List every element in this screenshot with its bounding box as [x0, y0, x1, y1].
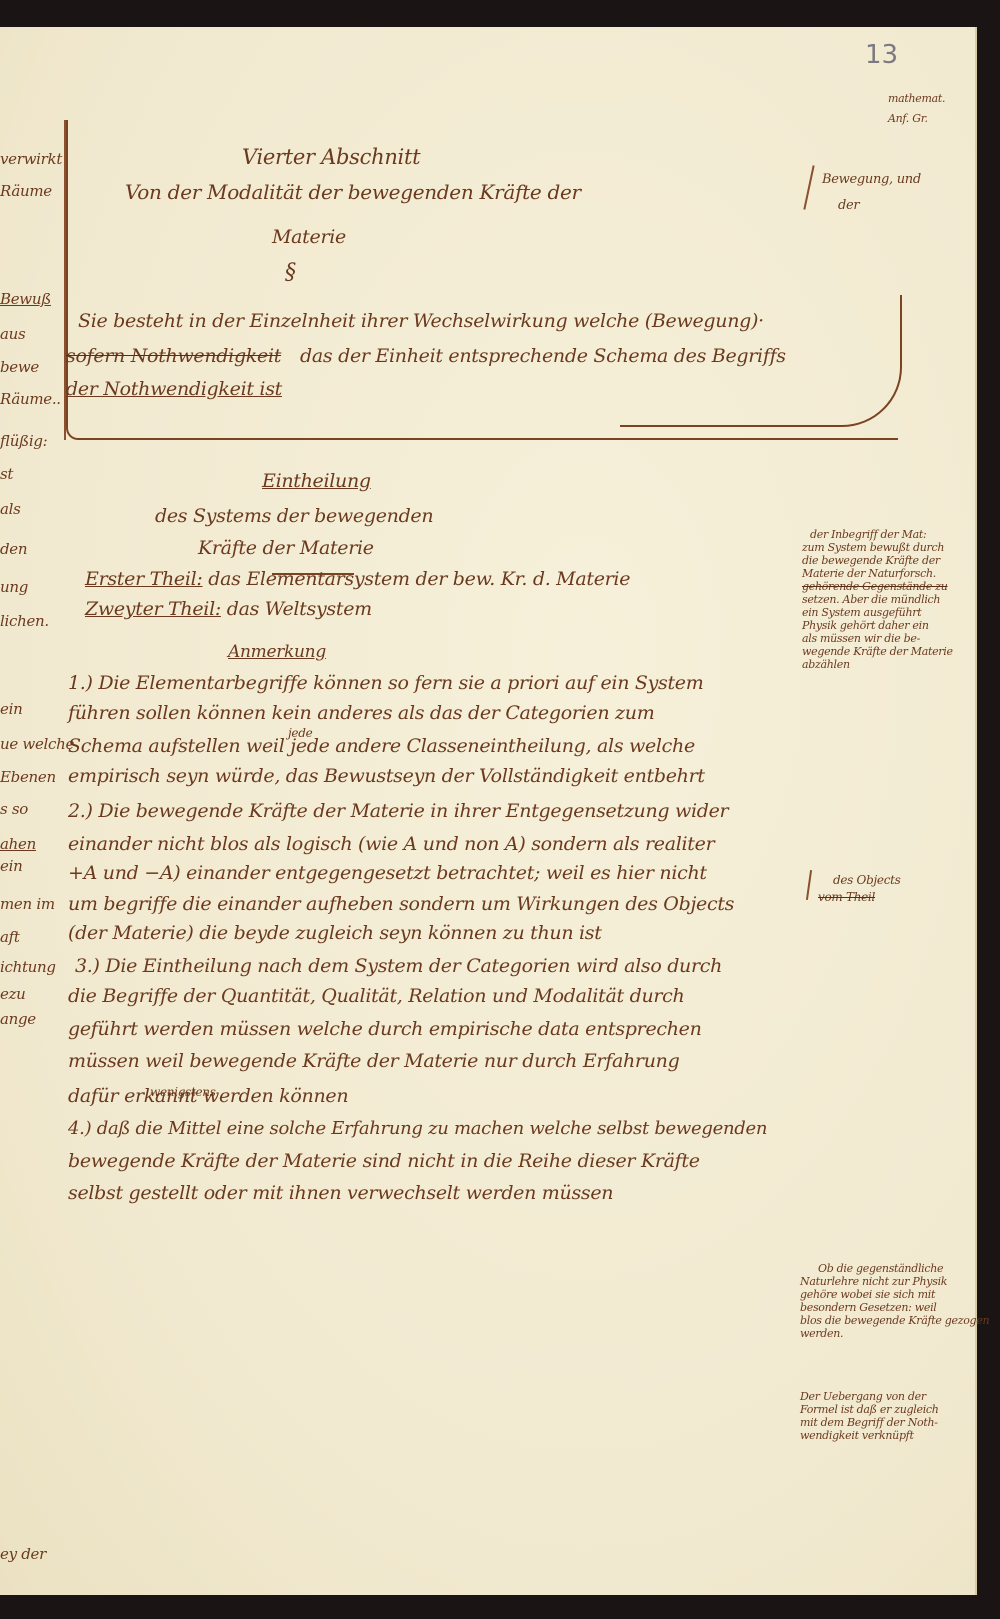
margin-note: Bewegung, und [822, 172, 921, 187]
remark-line: um begriffe die einander aufheben sonder… [68, 893, 734, 915]
left-margin-fragment: den [0, 540, 27, 558]
left-margin-fragment: ichtung [0, 958, 56, 976]
section-subtitle-end: Materie [272, 226, 346, 248]
margin-note-line: die bewegende Kräfte der [802, 554, 970, 567]
boxed-text-line: der Nothwendigkeit ist [66, 378, 282, 400]
left-margin-fragment: Räume.. [0, 390, 61, 408]
margin-note-line: gehörende Gegenstände zu [802, 580, 970, 593]
left-margin-fragment: aft [0, 928, 20, 946]
left-margin-fragment: men im [0, 895, 55, 913]
division-line: Kräfte der Materie [198, 537, 374, 559]
remark-line: 4.) daß die Mittel eine solche Erfahrung… [68, 1118, 767, 1139]
division-title: Eintheilung [262, 470, 371, 492]
margin-note-line: der Inbegriff der Mat: [810, 528, 970, 541]
margin-note-line: werden. [800, 1327, 970, 1340]
margin-note-line: wendigkeit verknüpft [800, 1429, 970, 1442]
remark-line: einander nicht blos als logisch (wie A u… [68, 833, 714, 855]
left-margin-fragment: ezu [0, 985, 26, 1003]
remark-line: geführt werden müssen welche durch empir… [68, 1018, 702, 1040]
margin-note-block: Der Uebergang von der Formel ist daß er … [800, 1390, 970, 1442]
remark-line: +A und −A) einander entgegengesetzt betr… [68, 862, 707, 884]
left-margin-fragment: bewe [0, 358, 39, 376]
folio-number: 13 [865, 40, 898, 70]
remark-line: 1.) Die Elementarbegriffe können so fern… [68, 672, 703, 694]
margin-note-line: setzen. Aber die mündlich [802, 593, 970, 606]
part-text: das Weltsystem [227, 598, 372, 620]
remark-line: selbst gestellt oder mit ihnen verwechse… [68, 1182, 613, 1204]
left-margin-fragment: ein [0, 857, 22, 875]
part-label: Zweyter Theil: [85, 598, 221, 620]
left-margin-fragment: aus [0, 325, 25, 343]
remark-title: Anmerkung [228, 642, 326, 662]
left-margin-fragment: Ebenen [0, 768, 56, 786]
section-subtitle: Von der Modalität der bewegenden Kräfte … [125, 180, 581, 204]
remark-line: dafür erkannt werden können [68, 1085, 348, 1107]
left-margin-fragment: flüßig: [0, 432, 47, 450]
margin-note-line: Materie der Naturforsch. [802, 567, 970, 580]
margin-note: mathemat. [888, 92, 945, 105]
left-margin-fragment: ahen [0, 835, 36, 853]
margin-note-line: ein System ausgeführt [802, 606, 970, 619]
margin-note-block: der Inbegriff der Mat: zum System bewußt… [810, 528, 970, 671]
margin-note-line: mit dem Begriff der Noth- [800, 1416, 970, 1429]
section-mark: § [285, 260, 296, 285]
margin-note-block: Ob die gegenständliche Naturlehre nicht … [800, 1262, 970, 1340]
margin-note: vom Theil [818, 890, 875, 904]
struck-text: sofern Nothwendigkeit [66, 345, 281, 367]
boxed-text-line: Sie besteht in der Einzelnheit ihrer Wec… [78, 310, 764, 332]
margin-note-line: Ob die gegenständliche [818, 1262, 970, 1275]
left-margin-fragment: ue welche [0, 735, 74, 753]
left-margin-fragment: als [0, 500, 21, 518]
part-label: Erster Theil: [85, 568, 203, 590]
margin-note-line: Formel ist daß er zugleich [800, 1403, 970, 1416]
margin-note: des Objects [833, 873, 901, 887]
left-margin-fragment: ung [0, 578, 28, 596]
remark-line: führen sollen können kein anderes als da… [68, 702, 654, 724]
margin-note-line: besondern Gesetzen: weil [800, 1301, 970, 1314]
margin-note-line: Naturlehre nicht zur Physik [800, 1275, 970, 1288]
left-margin-fragment: s so [0, 800, 28, 818]
left-margin-fragment: Bewuß [0, 290, 51, 308]
remark-line: Schema aufstellen weil jede andere Class… [68, 735, 695, 757]
margin-note: Anf. Gr. [888, 112, 928, 125]
margin-note-line: abzählen [802, 658, 970, 671]
section-heading: Vierter Abschnitt [242, 145, 420, 169]
remark-line: (der Materie) die beyde zugleich seyn kö… [68, 922, 602, 944]
remark-line: 3.) Die Eintheilung nach dem System der … [75, 955, 722, 977]
margin-note: der [838, 198, 859, 213]
remark-line: die Begriffe der Quantität, Qualität, Re… [68, 985, 684, 1007]
margin-note-line: wegende Kräfte der Materie [802, 645, 970, 658]
margin-note-line: zum System bewußt durch [802, 541, 970, 554]
margin-note-line: als müssen wir die be- [802, 632, 970, 645]
left-margin-fragment: verwirkt [0, 150, 62, 168]
margin-note-line: blos die bewegende Kräfte gezogen [800, 1314, 970, 1327]
remark-line: bewegende Kräfte der Materie sind nicht … [68, 1150, 700, 1172]
part-text: das Elementarsystem der bew. Kr. d. Mate… [208, 568, 630, 590]
margin-note-line: gehöre wobei sie sich mit [800, 1288, 970, 1301]
left-margin-fragment: ange [0, 1010, 36, 1028]
left-margin-fragment: ey der [0, 1545, 46, 1563]
remark-line: 2.) Die bewegende Kräfte der Materie in … [68, 800, 728, 822]
left-margin-fragment: st [0, 465, 13, 483]
margin-note-line: Physik gehört daher ein [802, 619, 970, 632]
boxed-text-line: das der Einheit entsprechende Schema des… [300, 345, 786, 367]
remark-line: empirisch seyn würde, das Bewustseyn der… [68, 765, 705, 787]
margin-note-line: Der Uebergang von der [800, 1390, 970, 1403]
remark-line: müssen weil bewegende Kräfte der Materie… [68, 1050, 679, 1072]
margin-rule [64, 120, 66, 440]
left-margin-fragment: lichen. [0, 612, 49, 630]
left-margin-fragment: ein [0, 700, 22, 718]
left-margin-fragment: Räume [0, 182, 52, 200]
division-line: des Systems der bewegenden [155, 505, 433, 527]
